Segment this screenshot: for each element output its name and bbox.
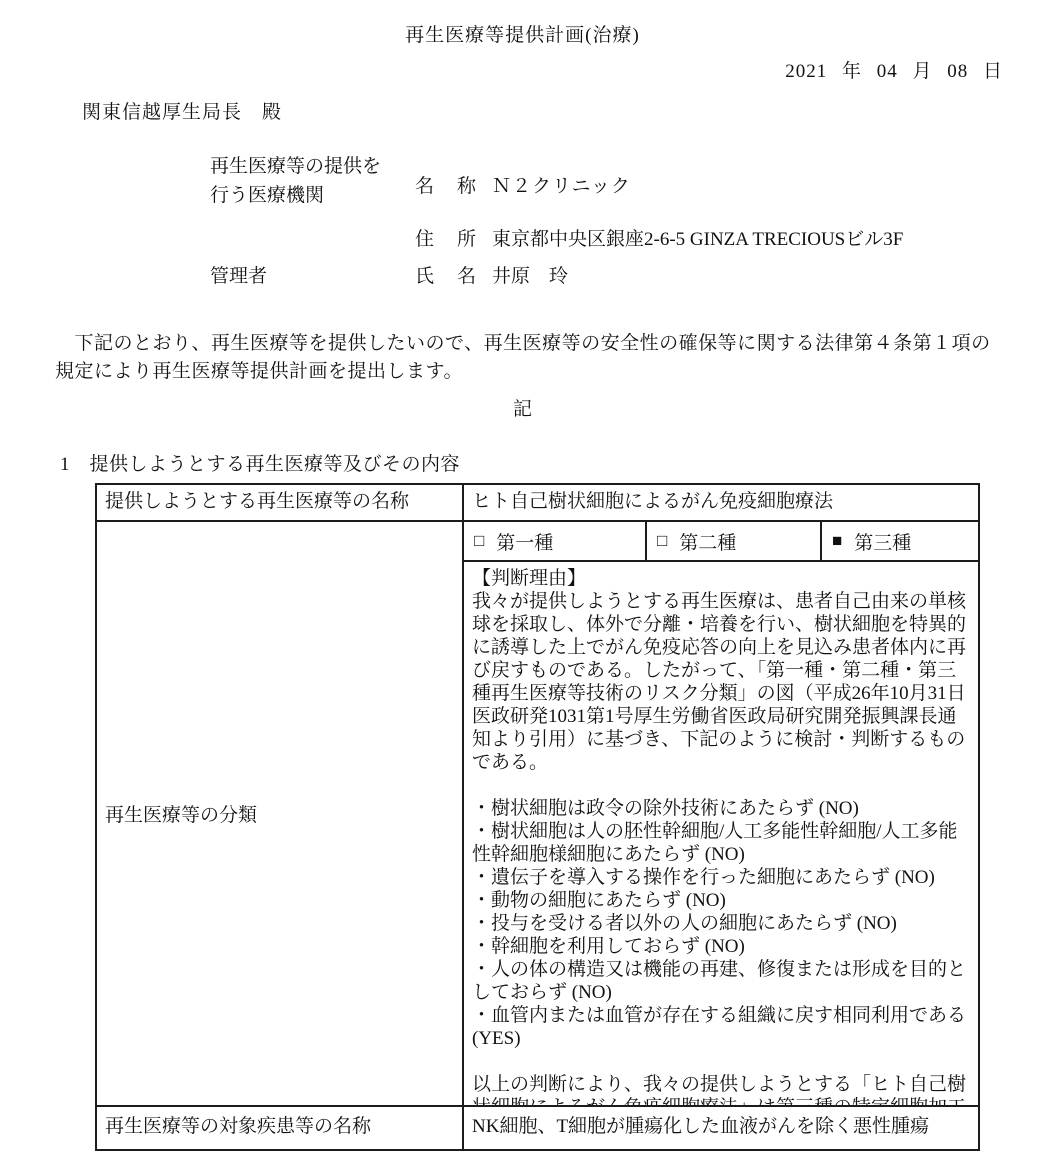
provision-plan-table: 提供しようとする再生医療等の名称 ヒト自己樹状細胞によるがん免疫細胞療法 再生医… [95,483,980,1151]
checkbox-checked-icon: ■ [832,531,842,551]
target-disease-value: NK細胞、T細胞が腫瘍化した血液がんを除く悪性腫瘍 [464,1107,978,1149]
ki-marker: 記 [0,394,1045,421]
treatment-name-value: ヒト自己樹状細胞によるがん免疫細胞療法 [464,485,978,520]
institution-address-value: 東京都中央区銀座2-6-5 GINZA TRECIOUSビル3F [492,224,903,251]
class-option-type3: ■ 第三種 [822,522,978,560]
submission-statement: 下記のとおり、再生医療等を提供したいので、再生医療等の安全性の確保等に関する法律… [55,330,997,386]
institution-name-label: 名 称 [415,171,478,198]
manager-name-value: 井原 玲 [492,261,568,288]
checkbox-unchecked-icon: □ [657,531,667,551]
table-row-target-disease: 再生医療等の対象疾患等の名称 NK細胞、T細胞が腫瘍化した血液がんを除く悪性腫瘍 [97,1107,978,1149]
document-date: 2021 年 04 月 08 日 [785,56,1003,83]
section-1-heading: 1 提供しようとする再生医療等及びその内容 [60,449,460,476]
class-option-type1-label: 第一種 [496,528,553,555]
document-page: 再生医療等提供計画(治療) 2021 年 04 月 08 日 関東信越厚生局長 … [0,0,1045,1170]
class-option-type1: □ 第一種 [464,522,647,560]
table-row-classification: 再生医療等の分類 □ 第一種 □ 第二種 ■ 第三種 【判 [97,522,978,1107]
institution-name-value: Ｎ２クリニック [492,171,631,198]
class-option-type2: □ 第二種 [647,522,822,560]
document-title: 再生医療等提供計画(治療) [0,20,1045,47]
classification-label: 再生医療等の分類 [97,522,464,1105]
checkbox-unchecked-icon: □ [474,531,484,551]
class-option-type3-label: 第三種 [854,528,911,555]
provider-institution-label: 再生医療等の提供を 行う医療機関 [210,152,381,210]
classification-options-row: □ 第一種 □ 第二種 ■ 第三種 [464,522,978,562]
class-option-type2-label: 第二種 [679,528,736,555]
addressee-line: 関東信越厚生局長 殿 [82,97,282,124]
target-disease-label: 再生医療等の対象疾患等の名称 [97,1107,464,1149]
table-row-treatment-name: 提供しようとする再生医療等の名称 ヒト自己樹状細胞によるがん免疫細胞療法 [97,485,978,522]
manager-label: 管理者 [210,261,267,288]
classification-reason-text: 【判断理由】 我々が提供しようとする再生医療は、患者自己由来の単核球を採取し、体… [464,562,978,1105]
manager-name-label: 氏 名 [415,261,478,288]
institution-address-label: 住 所 [415,224,478,251]
treatment-name-label: 提供しようとする再生医療等の名称 [97,485,464,520]
